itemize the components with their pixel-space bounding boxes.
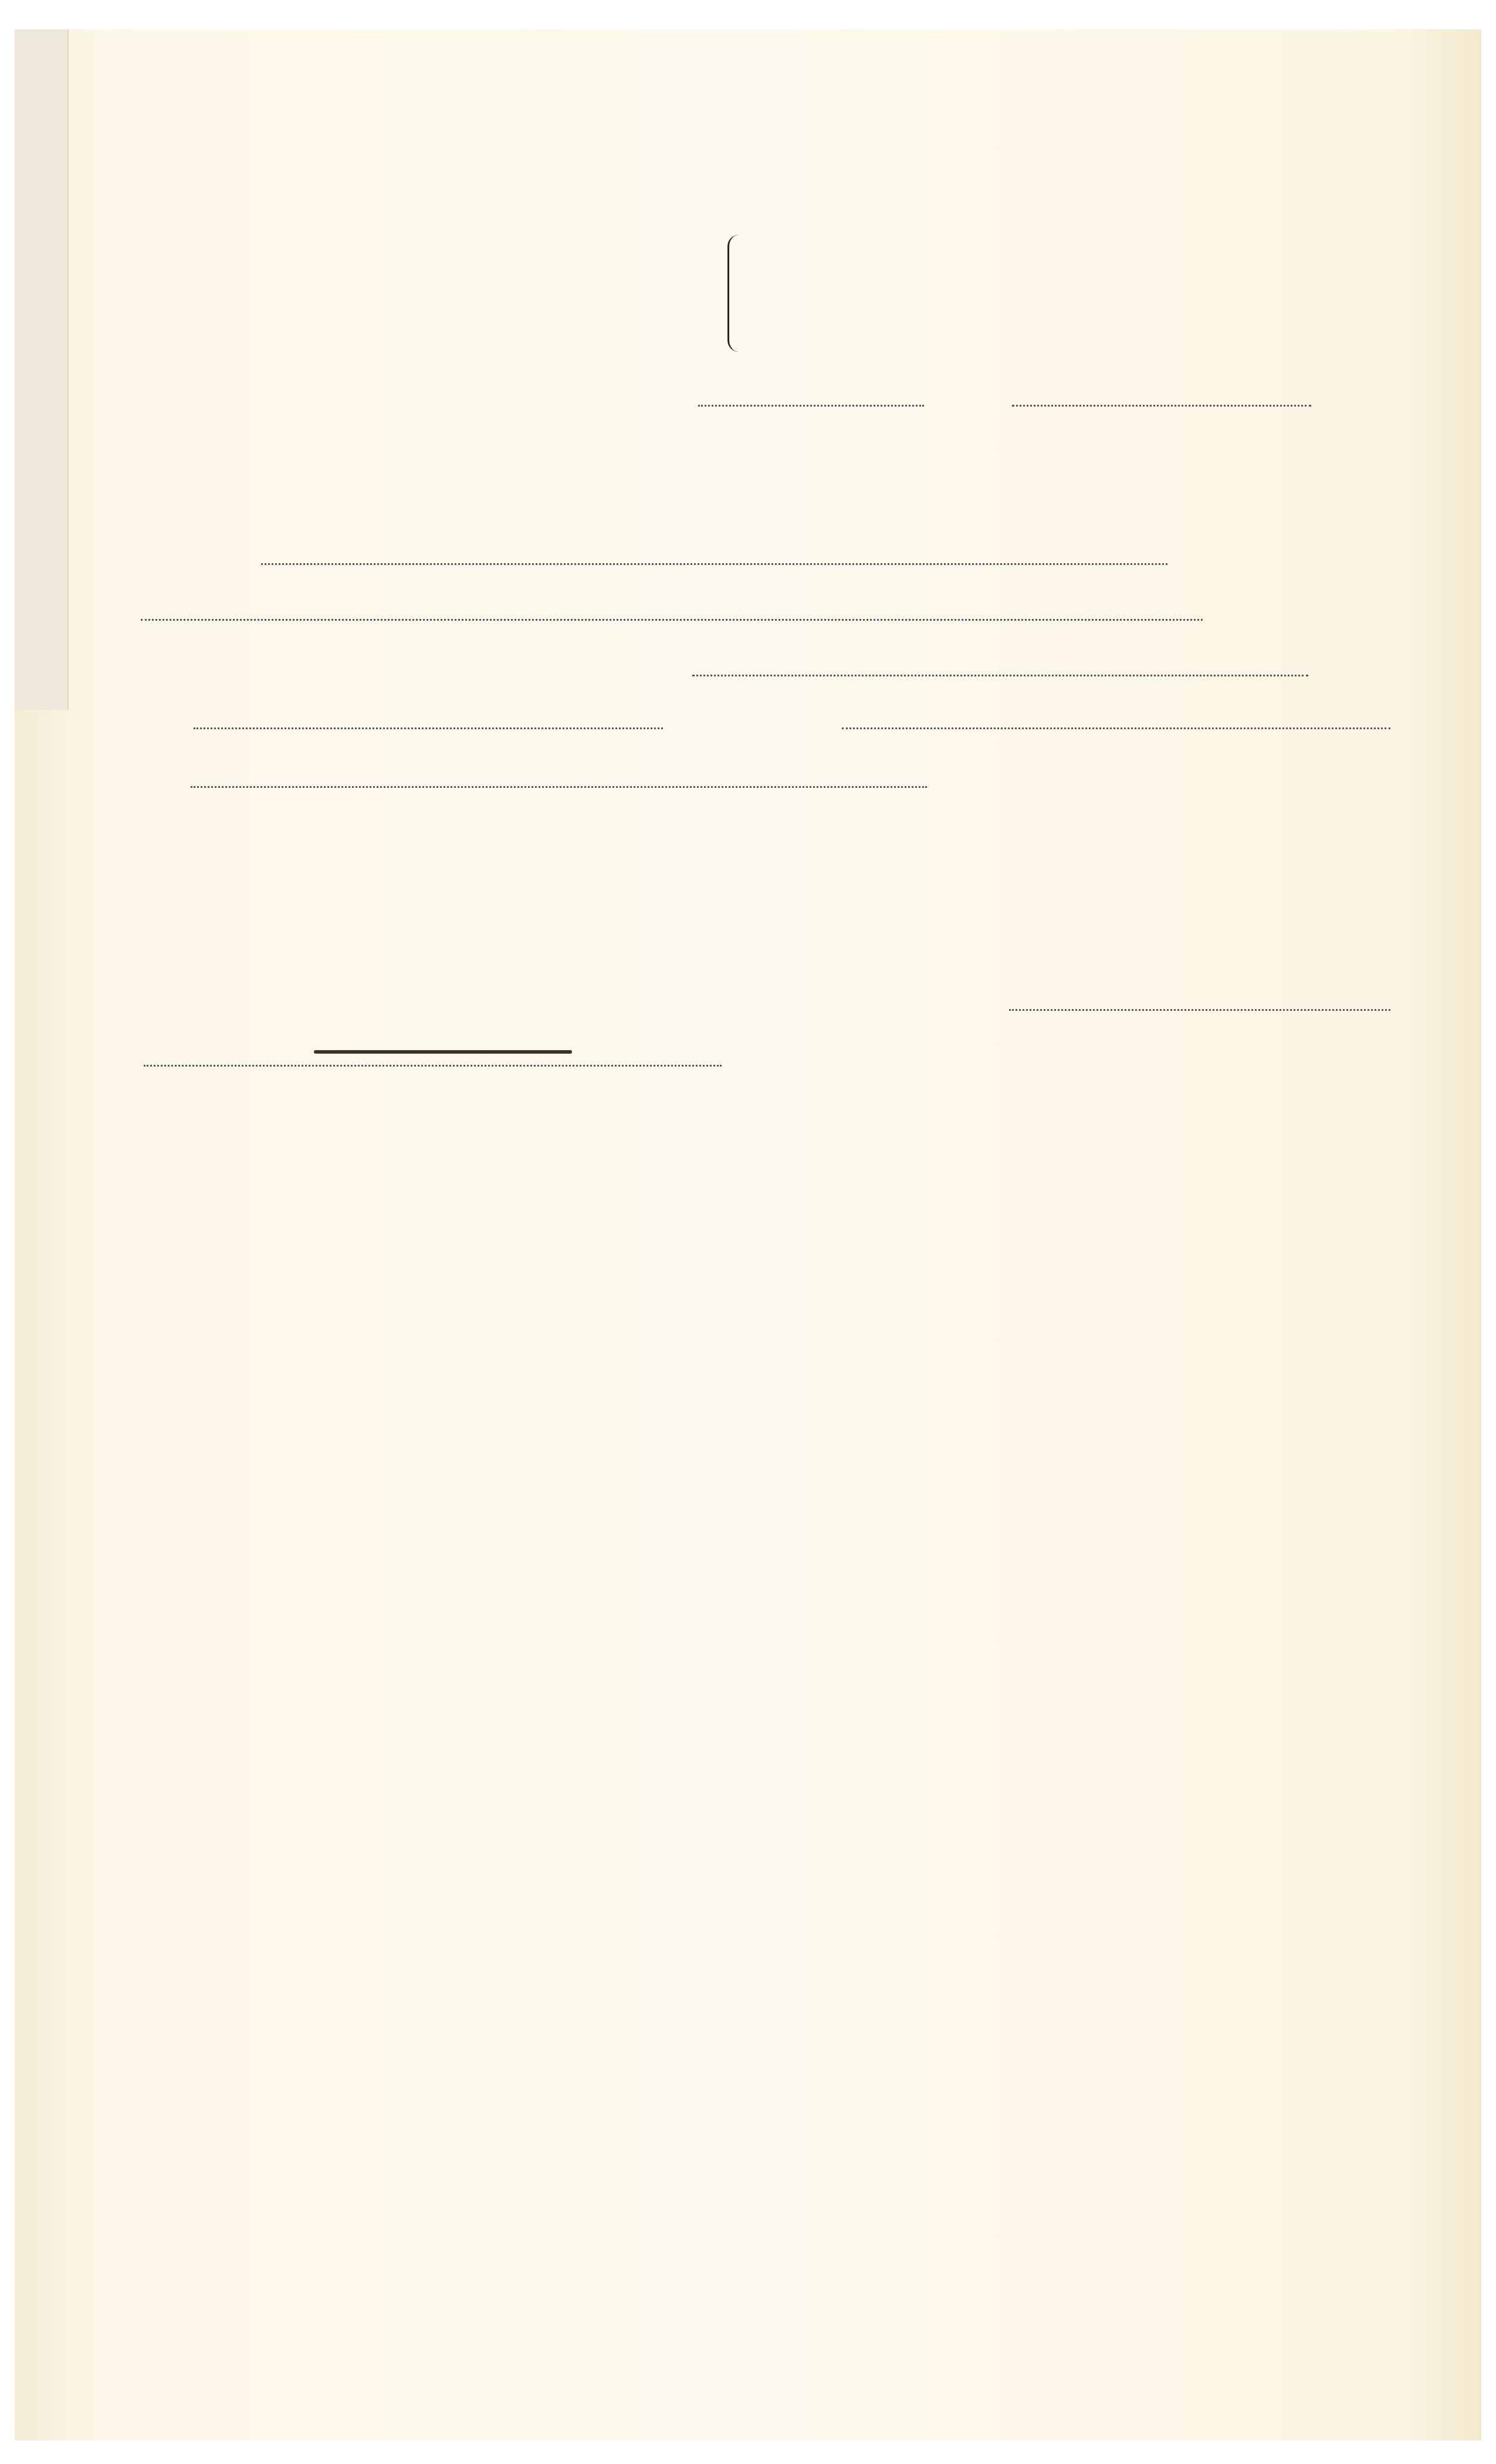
principal-field-line [261, 563, 1167, 565]
day-field-line [698, 405, 924, 407]
street2-field-line [191, 786, 927, 788]
header-brace [727, 235, 747, 352]
conditions-name2-line [144, 1065, 722, 1067]
firm2-field-line [842, 727, 1390, 729]
dash-stroke [314, 1050, 572, 1054]
surety2-field-line [194, 727, 663, 729]
street1-field-line [692, 675, 1308, 676]
month-field-line [1012, 405, 1311, 407]
archive-strip [15, 29, 69, 710]
surety1-field-line [141, 619, 1203, 621]
document-page [15, 29, 1481, 2441]
conditions-name-line [1009, 1009, 1390, 1011]
